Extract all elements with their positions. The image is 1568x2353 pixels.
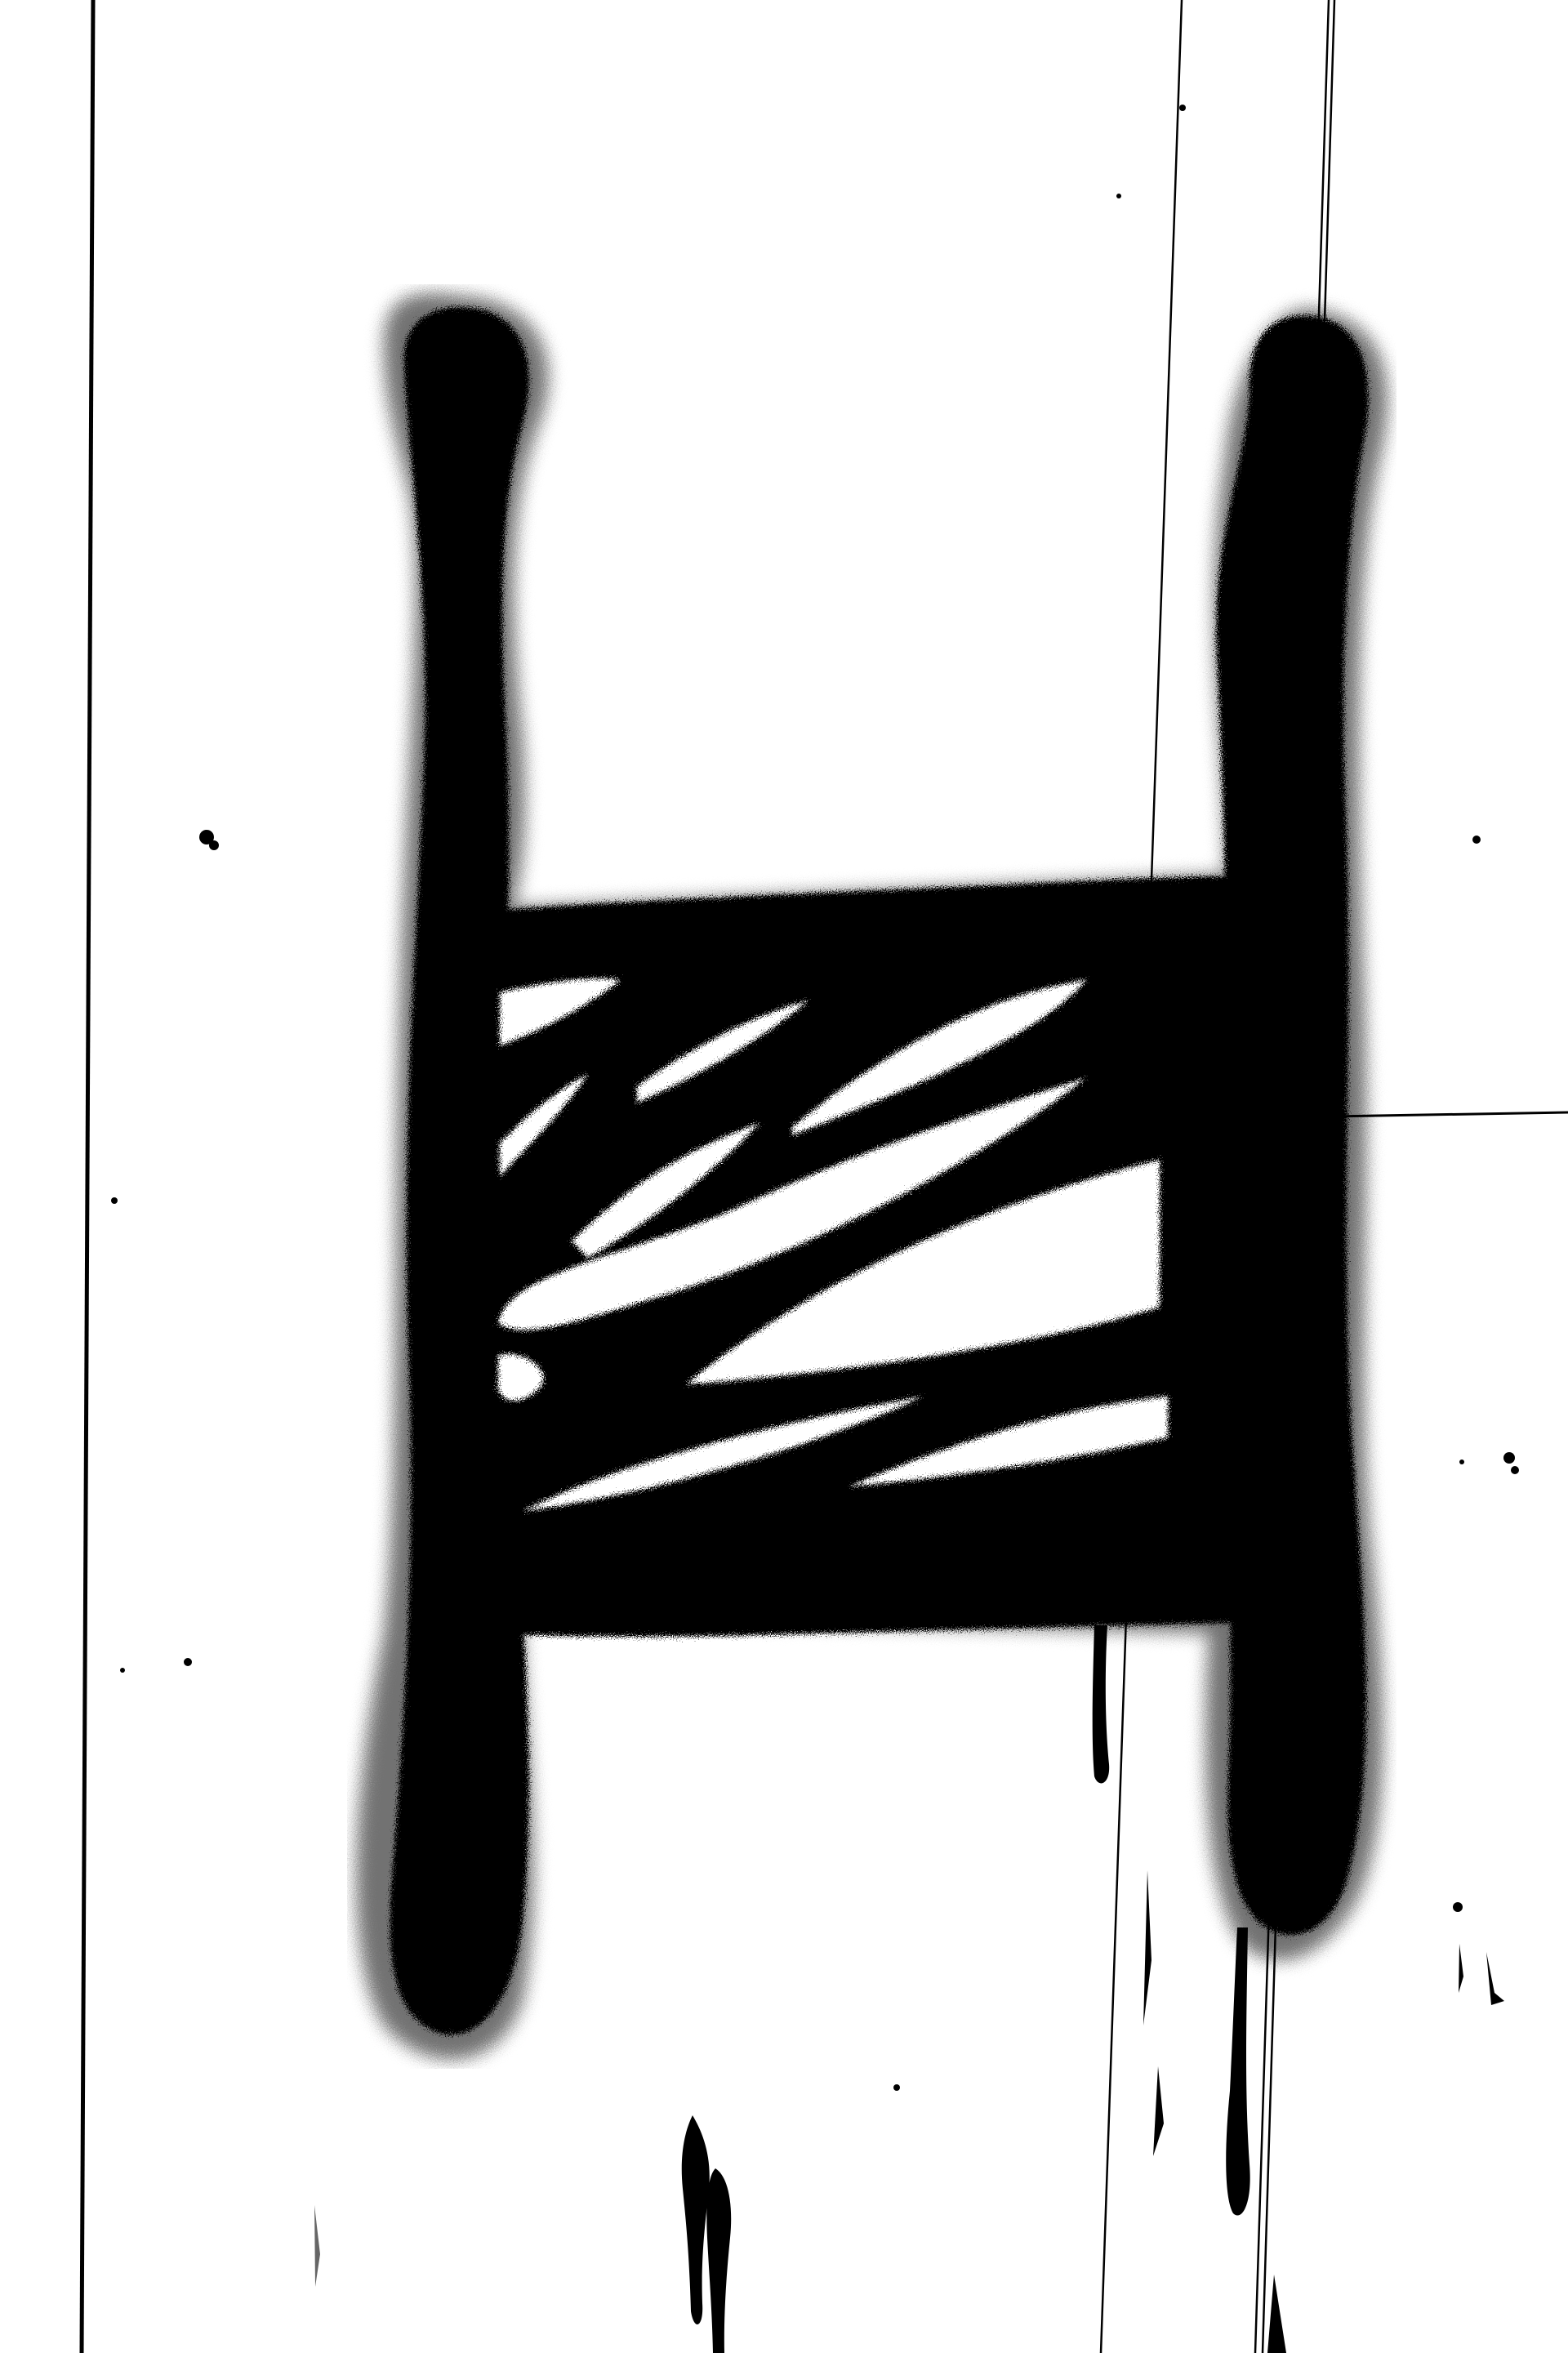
spray-painted-h-artwork [0,0,1568,2353]
